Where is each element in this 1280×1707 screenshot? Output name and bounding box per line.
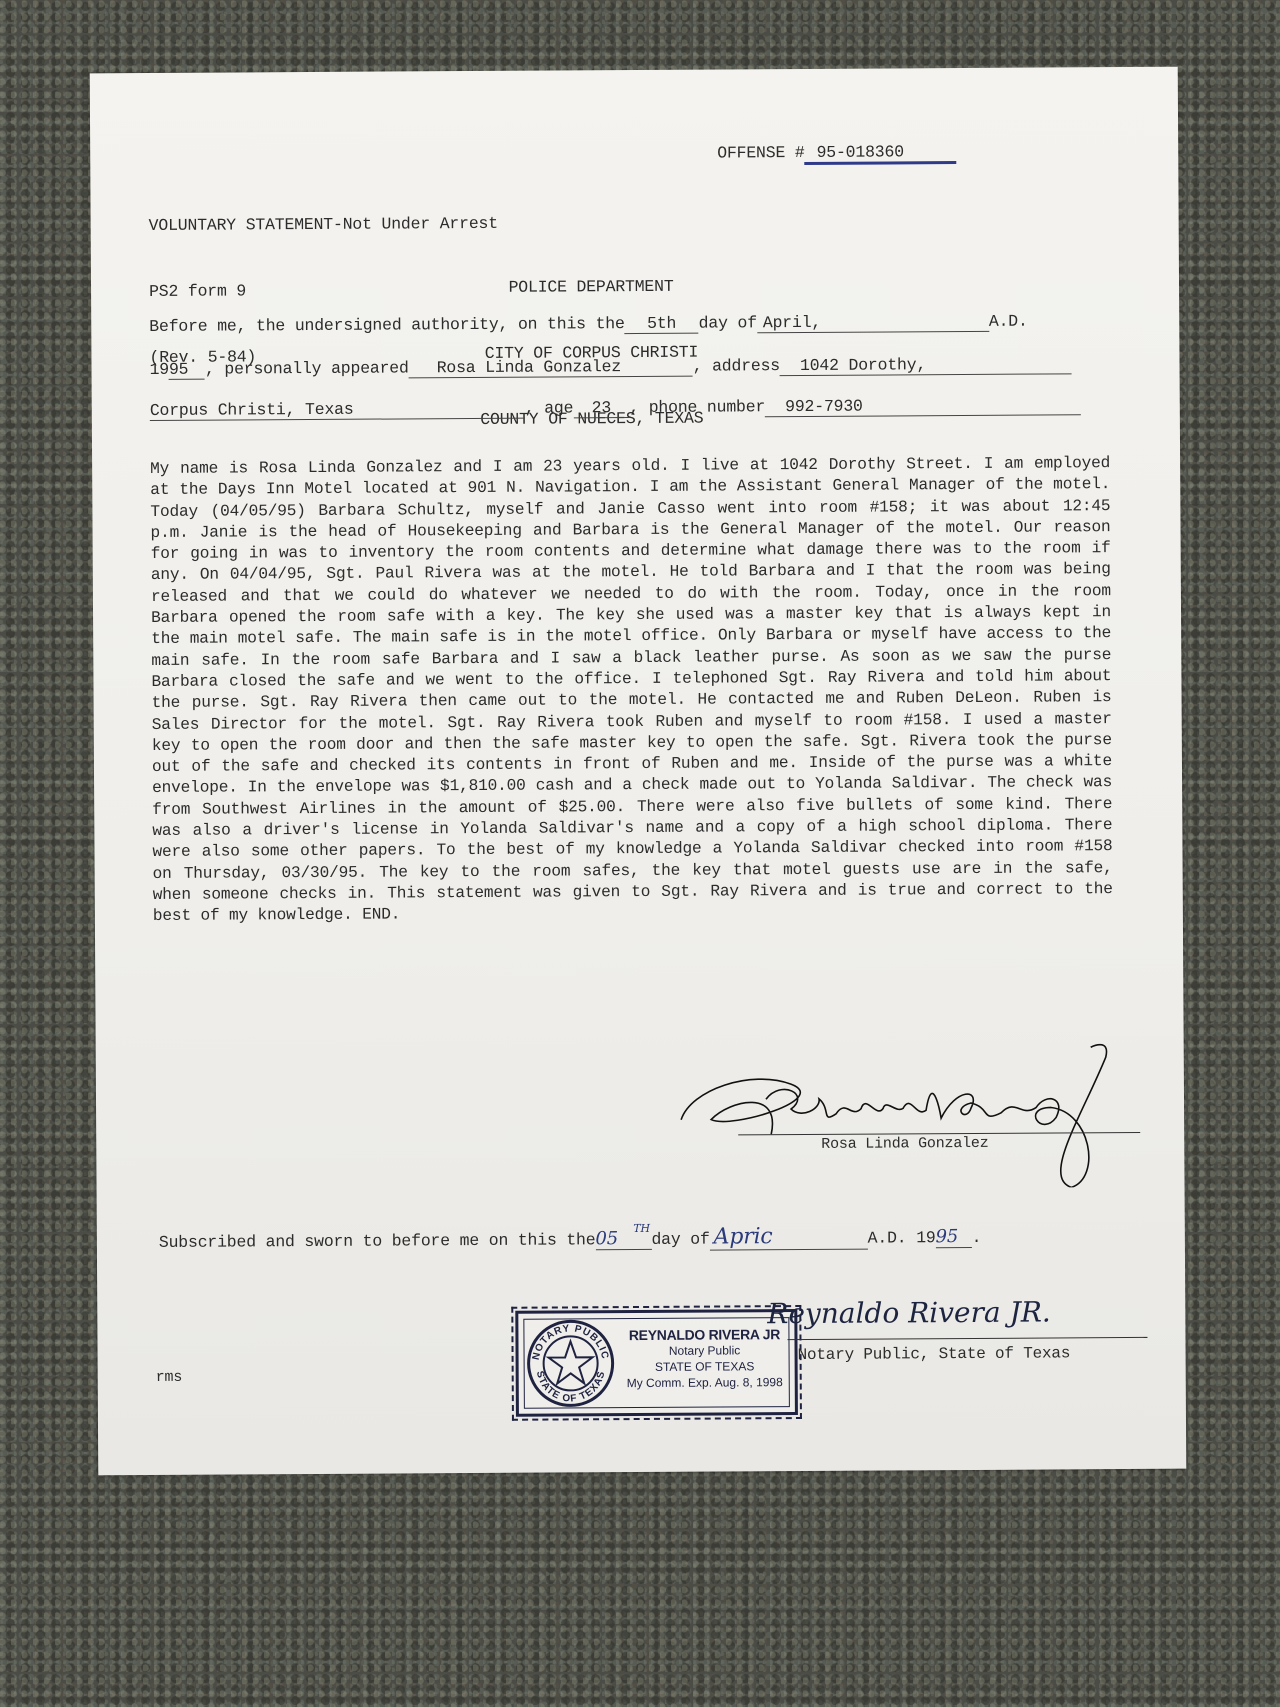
year-prefix: 19 [149, 360, 169, 379]
statement-document: OFFENSE #95-018360 VOLUNTARY STATEMENT-N… [90, 67, 1187, 1476]
preamble-text: Before me, the undersigned authority, on… [149, 314, 624, 336]
statement-body: My name is Rosa Linda Gonzalez and I am … [150, 453, 1113, 927]
notary-title: Notary Public, State of Texas [798, 1344, 1071, 1364]
jurat-line: Subscribed and sworn to before me on thi… [159, 1223, 982, 1254]
jurat-text: Subscribed and sworn to before me on thi… [159, 1230, 596, 1252]
offense-number-field: OFFENSE #95-018360 [717, 142, 956, 165]
jurat-day: 05 [595, 1228, 618, 1249]
signer-name: Rosa Linda Gonzalez [821, 1135, 988, 1153]
agency-line-1: POLICE DEPARTMENT [91, 273, 1091, 301]
notary-signature-line [787, 1337, 1147, 1340]
address-field: 1042 Dorothy, [780, 354, 1072, 376]
jurat-day-of-label: day of [651, 1230, 709, 1249]
jurat-month: Apric [714, 1224, 773, 1249]
jurat-day-field: 05TH [595, 1228, 651, 1250]
jurat-year-field: 95 [936, 1226, 972, 1248]
offense-number: 95-018360 [804, 142, 955, 165]
appeared-label: , personally appeared [205, 358, 409, 378]
stamp-text: REYNALDO RIVERA JR Notary Public STATE O… [624, 1326, 784, 1391]
age-label: , age [525, 398, 574, 417]
svg-text:STATE OF TEXAS: STATE OF TEXAS [534, 1370, 608, 1405]
typist-initials: rms [156, 1369, 183, 1386]
stamp-role: Notary Public [624, 1342, 784, 1359]
age-field: 23 [573, 398, 629, 418]
agency-header: POLICE DEPARTMENT CITY OF CORPUS CHRISTI… [91, 229, 1092, 477]
phone-label: , phone number [629, 397, 765, 417]
jurat-month-field: Apric [710, 1224, 868, 1251]
address-label: , address [693, 356, 780, 376]
city-field: Corpus Christi, Texas [150, 399, 525, 421]
jurat-period: . [972, 1228, 982, 1247]
stamp-notary-name: REYNALDO RIVERA JR [624, 1326, 784, 1343]
notary-signature-text: Reynaldo Rivera JR. [767, 1295, 1051, 1330]
offense-label: OFFENSE # [717, 143, 804, 163]
name-field: Rosa Linda Gonzalez [409, 357, 693, 379]
jurat-year: 95 [936, 1226, 959, 1247]
stamp-expiration: My Comm. Exp. Aug. 8, 1998 [625, 1374, 785, 1391]
jurat-ad-label: A.D. 19 [868, 1228, 936, 1247]
notary-stamp: NOTARY PUBLIC STATE OF TEXAS REYNALDO RI… [515, 1309, 798, 1417]
declarant-signature-icon [671, 1037, 1152, 1190]
year-field: 95 [169, 360, 205, 380]
day-of-label: day of [699, 313, 757, 332]
notary-signature: Reynaldo Rivera JR. [767, 1295, 1051, 1330]
ad-label: A.D. [989, 312, 1028, 331]
day-field: 5th [625, 314, 699, 334]
month-field: April, [757, 312, 989, 333]
jurat-day-suffix: TH [633, 1222, 650, 1235]
notary-seal-star-icon: NOTARY PUBLIC STATE OF TEXAS [524, 1317, 617, 1410]
phone-field: 992-7930 [765, 395, 1081, 417]
stamp-state: STATE OF TEXAS [625, 1358, 785, 1375]
